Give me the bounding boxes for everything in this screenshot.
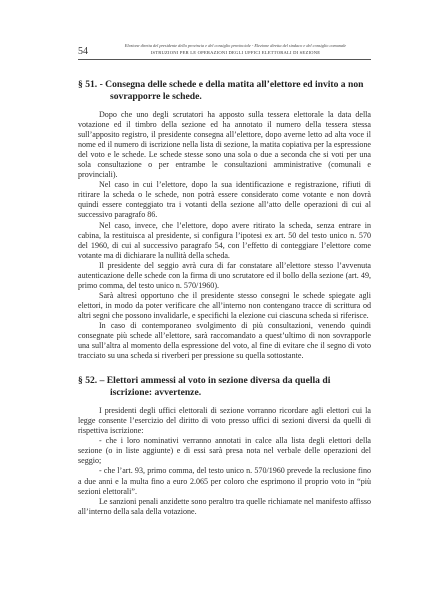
running-header: 54 Elezione diretta del presidente della…: [78, 0, 371, 62]
paragraph: I presidenti degli uffici elettorali di …: [78, 406, 371, 436]
document-page: 54 Elezione diretta del presidente della…: [78, 0, 371, 517]
paragraph: Nel caso, invece, che l’elettore, dopo a…: [78, 221, 371, 261]
page-number: 54: [78, 46, 88, 57]
section-52: § 52. – Elettori ammessi al voto in sezi…: [78, 375, 371, 517]
section-heading: § 51. - Consegna delle schede e della ma…: [78, 79, 371, 102]
header-subtitle: Elezione diretta del presidente della pr…: [100, 43, 371, 48]
paragraph: In caso di contemporaneo svolgimento di …: [78, 321, 371, 361]
paragraph: Sarà altresì opportuno che il presidente…: [78, 291, 371, 321]
header-rule: [78, 59, 371, 60]
paragraph: Nel caso in cui l’elettore, dopo la sua …: [78, 180, 371, 220]
list-item: - che i loro nominativi verranno annotat…: [78, 436, 371, 466]
paragraph: Le sanzioni penali anzidette sono peralt…: [78, 497, 371, 517]
header-title: ISTRUZIONI PER LE OPERAZIONI DEGLI UFFIC…: [100, 50, 371, 55]
paragraph: Il presidente del seggio avrà cura di fa…: [78, 261, 371, 291]
paragraph: Dopo che uno degli scrutatori ha apposto…: [78, 110, 371, 180]
section-heading: § 52. – Elettori ammessi al voto in sezi…: [78, 375, 371, 398]
section-51: § 51. - Consegna delle schede e della ma…: [78, 79, 371, 361]
list-item: - che l’art. 93, primo comma, del testo …: [78, 466, 371, 496]
